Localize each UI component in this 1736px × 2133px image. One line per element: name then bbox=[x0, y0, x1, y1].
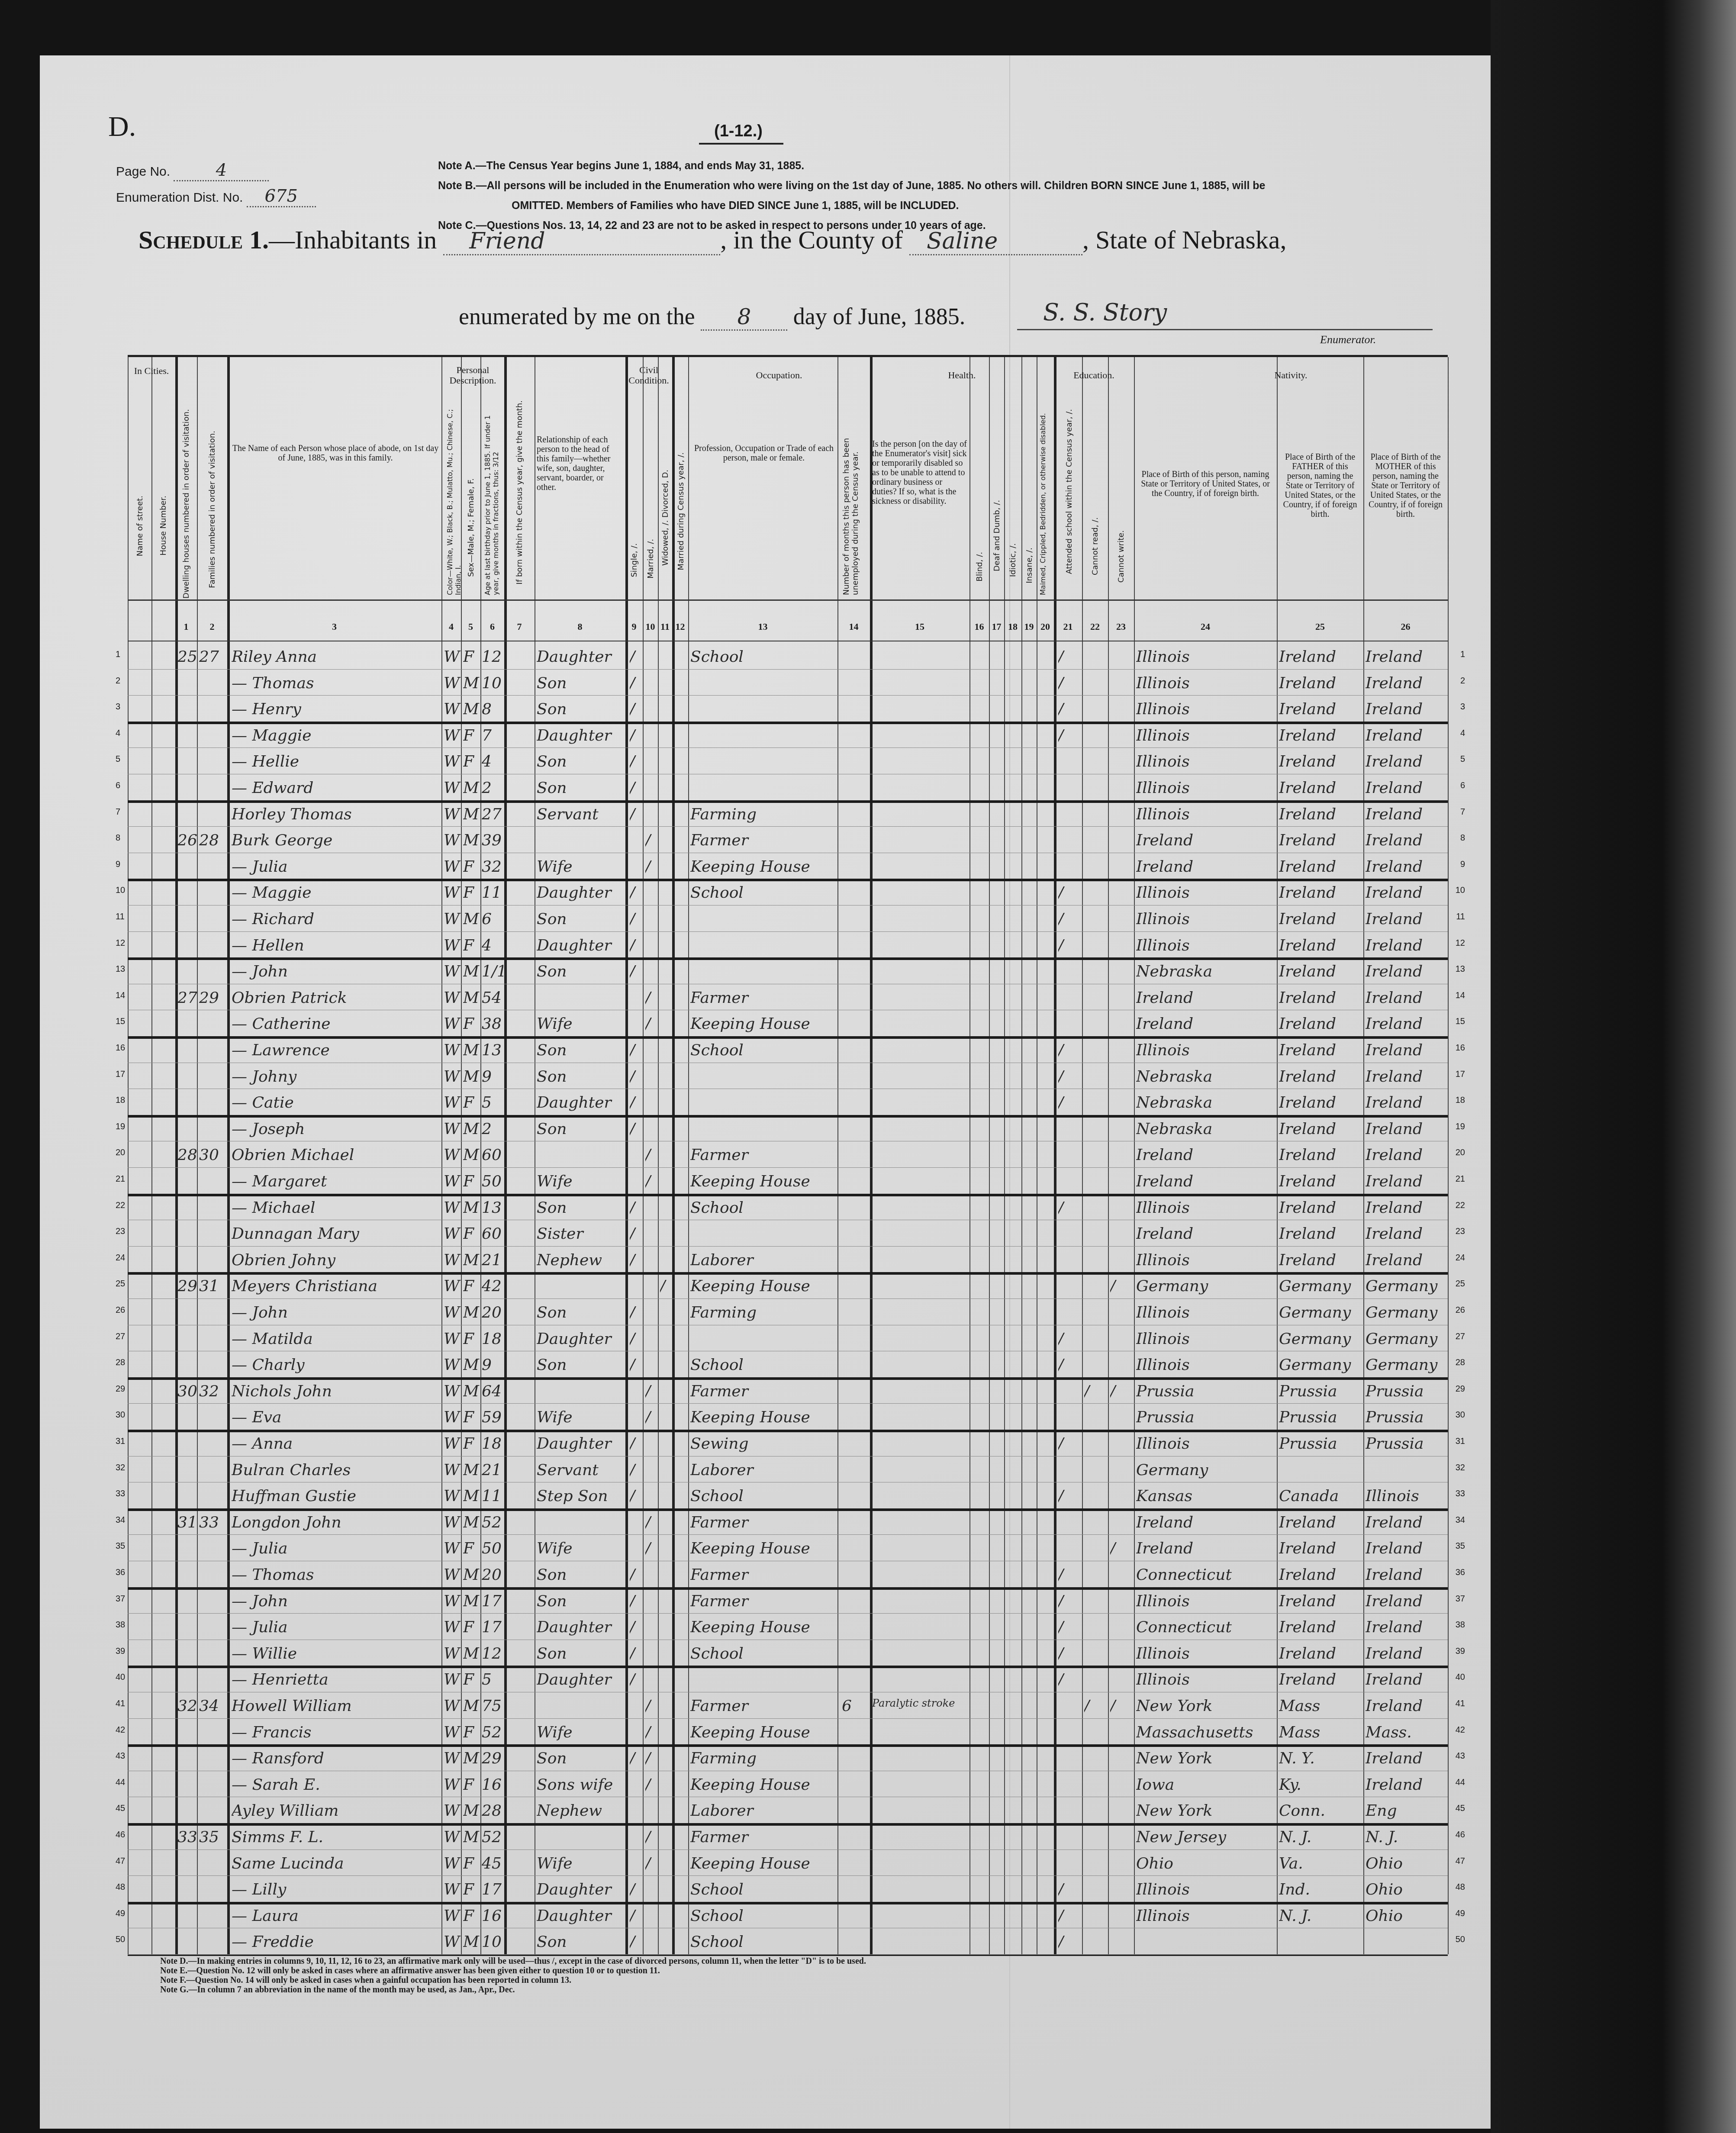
sex: F bbox=[463, 648, 480, 666]
color: W bbox=[444, 1907, 461, 1925]
married-mark: / bbox=[645, 1514, 657, 1531]
footnotes: Note D.—In making entries in columns 9, … bbox=[160, 1956, 866, 1994]
table-row: 43— RansfordWM29Son//FarmingNew YorkN. Y… bbox=[128, 1744, 1448, 1771]
table-row: 5— HellieWF4Son/IllinoisIrelandIreland5 bbox=[128, 748, 1448, 774]
sex: M bbox=[463, 1802, 480, 1820]
single-mark: / bbox=[630, 937, 643, 954]
line-number-right: 6 bbox=[1460, 781, 1465, 791]
birthplace: Germany bbox=[1136, 1461, 1275, 1479]
color: W bbox=[444, 1828, 461, 1846]
colnum: 18 bbox=[1004, 621, 1021, 632]
district-number-label: Enumeration Dist. No. bbox=[116, 190, 243, 205]
father-birthplace: Ireland bbox=[1279, 1671, 1361, 1688]
page-number-value: 4 bbox=[174, 160, 269, 181]
header-nativity: Nativity. bbox=[1134, 370, 1448, 380]
note-b-continued: OMITTED. Members of Families who have DI… bbox=[438, 196, 1265, 216]
single-mark: / bbox=[630, 1933, 643, 1951]
father-birthplace: Germany bbox=[1279, 1356, 1361, 1374]
line-number-left: 14 bbox=[116, 991, 125, 1001]
occupation: Farmer bbox=[690, 1592, 837, 1610]
line-number-right: 50 bbox=[1456, 1935, 1465, 1945]
age: 9 bbox=[482, 1356, 503, 1374]
mother-birthplace: Ireland bbox=[1366, 1618, 1446, 1636]
father-birthplace: Ireland bbox=[1279, 858, 1361, 876]
sex: F bbox=[463, 1173, 480, 1190]
header-c4: Color—White, W.; Black, B.; Mulatto, Mu.… bbox=[446, 400, 461, 595]
birthplace: Illinois bbox=[1136, 727, 1275, 744]
table-row: 39— WillieWM12Son/School/IllinoisIreland… bbox=[128, 1640, 1448, 1669]
mother-birthplace: Ireland bbox=[1366, 1514, 1446, 1531]
line-number-right: 36 bbox=[1456, 1568, 1465, 1578]
father-birthplace: Germany bbox=[1279, 1330, 1361, 1348]
sex: F bbox=[463, 1225, 480, 1243]
colnum: 3 bbox=[227, 621, 441, 632]
age: 11 bbox=[482, 1487, 503, 1505]
person-name: Horley Thomas bbox=[232, 806, 439, 823]
header-c2: Families numbered in order of visitation… bbox=[208, 431, 217, 588]
colnum: 8 bbox=[535, 621, 625, 632]
form-letter: D. bbox=[108, 110, 136, 143]
occupation: Keeping House bbox=[690, 1173, 837, 1190]
form-code-rule bbox=[699, 143, 783, 145]
single-mark: / bbox=[630, 1225, 643, 1243]
note-a: Note A.—The Census Year begins June 1, 1… bbox=[438, 156, 1265, 176]
relationship: Wife bbox=[537, 1408, 623, 1426]
header-education: Education. bbox=[1054, 370, 1134, 380]
person-name: Obrien Johny bbox=[232, 1251, 439, 1269]
person-name: — Hellie bbox=[232, 753, 439, 770]
inhabitants-label: —Inhabitants in bbox=[269, 226, 437, 254]
color: W bbox=[444, 1592, 461, 1610]
relationship: Daughter bbox=[537, 1618, 623, 1636]
sex: M bbox=[463, 1068, 480, 1086]
attended-school-mark: / bbox=[1058, 1435, 1080, 1453]
colnum: 19 bbox=[1021, 621, 1037, 632]
line-number-right: 41 bbox=[1456, 1699, 1465, 1709]
line-number-right: 23 bbox=[1456, 1227, 1465, 1237]
line-number-left: 9 bbox=[116, 860, 120, 870]
line-number-right: 39 bbox=[1456, 1646, 1465, 1656]
line-number-left: 25 bbox=[116, 1279, 125, 1289]
single-mark: / bbox=[630, 1881, 643, 1898]
colnum: 25 bbox=[1277, 621, 1363, 632]
family-number: 28 bbox=[199, 831, 225, 849]
single-mark: / bbox=[630, 779, 643, 797]
mother-birthplace: Germany bbox=[1366, 1356, 1446, 1374]
form-code: (1-12.) bbox=[714, 122, 763, 141]
age: 7 bbox=[482, 727, 503, 744]
age: 28 bbox=[482, 1802, 503, 1820]
single-mark: / bbox=[630, 648, 643, 666]
father-birthplace: Ireland bbox=[1279, 700, 1361, 718]
color: W bbox=[444, 1933, 461, 1951]
line-number-left: 41 bbox=[116, 1699, 125, 1709]
age: 27 bbox=[482, 806, 503, 823]
table-row: 3— HenryWM8Son//IllinoisIrelandIreland3 bbox=[128, 695, 1448, 724]
table-row: 12527Riley AnnaWF12Daughter/School/Illin… bbox=[128, 643, 1448, 670]
father-birthplace: Ireland bbox=[1279, 1146, 1361, 1164]
line-number-left: 46 bbox=[116, 1830, 125, 1840]
relationship: Son bbox=[537, 753, 623, 770]
family-number: 33 bbox=[199, 1514, 225, 1531]
table-row: 44— Sarah E.WF16Sons wife/Keeping HouseI… bbox=[128, 1771, 1448, 1798]
family-number: 27 bbox=[199, 648, 225, 666]
line-number-right: 37 bbox=[1456, 1594, 1465, 1604]
table-row: 12— HellenWF4Daughter//IllinoisIrelandIr… bbox=[128, 931, 1448, 960]
sex: F bbox=[463, 1540, 480, 1557]
person-name: — Catie bbox=[232, 1094, 439, 1112]
father-birthplace: Ireland bbox=[1279, 1645, 1361, 1663]
single-mark: / bbox=[630, 727, 643, 744]
sex: M bbox=[463, 1566, 480, 1584]
single-mark: / bbox=[630, 1199, 643, 1217]
line-number-right: 22 bbox=[1456, 1201, 1465, 1211]
mother-birthplace: Ireland bbox=[1366, 1671, 1446, 1688]
header-c9: Single, /. bbox=[630, 543, 639, 577]
dwelling-number: 33 bbox=[177, 1828, 197, 1846]
sex: F bbox=[463, 1277, 480, 1295]
mother-birthplace: Ireland bbox=[1366, 989, 1446, 1007]
line-number-right: 5 bbox=[1460, 754, 1465, 764]
age: 20 bbox=[482, 1304, 503, 1321]
birthplace: Germany bbox=[1136, 1277, 1275, 1295]
occupation: Laborer bbox=[690, 1461, 837, 1479]
relationship: Son bbox=[537, 1304, 623, 1321]
color: W bbox=[444, 727, 461, 744]
person-name: Huffman Gustie bbox=[232, 1487, 439, 1505]
sex: M bbox=[463, 700, 480, 718]
line-number-left: 23 bbox=[116, 1227, 125, 1237]
header-c3: The Name of each Person whose place of a… bbox=[232, 444, 439, 463]
mother-birthplace: Ireland bbox=[1366, 1225, 1446, 1243]
relationship: Daughter bbox=[537, 727, 623, 744]
person-name: — Maggie bbox=[232, 884, 439, 902]
person-name: — Francis bbox=[232, 1724, 439, 1741]
table-row: 16— LawrenceWM13Son/School/IllinoisIrela… bbox=[128, 1036, 1448, 1063]
sex: F bbox=[463, 1671, 480, 1688]
mother-birthplace: Mass. bbox=[1366, 1724, 1446, 1741]
line-number-right: 25 bbox=[1456, 1279, 1465, 1289]
occupation: School bbox=[690, 1487, 837, 1505]
person-name: — Laura bbox=[232, 1907, 439, 1925]
person-name: — Henry bbox=[232, 700, 439, 718]
person-name: — Anna bbox=[232, 1435, 439, 1453]
sex: M bbox=[463, 1487, 480, 1505]
birthplace: Illinois bbox=[1136, 1435, 1275, 1453]
age: 9 bbox=[482, 1068, 503, 1086]
relationship: Son bbox=[537, 1120, 623, 1138]
age: 18 bbox=[482, 1435, 503, 1453]
age: 12 bbox=[482, 1645, 503, 1663]
sex: F bbox=[463, 937, 480, 954]
relationship: Daughter bbox=[537, 884, 623, 902]
married-mark: / bbox=[645, 1540, 657, 1557]
birthplace: Illinois bbox=[1136, 1907, 1275, 1925]
relationship: Daughter bbox=[537, 1671, 623, 1688]
relationship: Son bbox=[537, 963, 623, 980]
family-number: 35 bbox=[199, 1828, 225, 1846]
sex: F bbox=[463, 1015, 480, 1033]
occupation: Farmer bbox=[690, 1382, 837, 1400]
attended-school-mark: / bbox=[1058, 1068, 1080, 1086]
table-row: 40— HenriettaWF5Daughter//IllinoisIrelan… bbox=[128, 1666, 1448, 1692]
line-number-right: 9 bbox=[1460, 860, 1465, 870]
birthplace: Nebraska bbox=[1136, 1068, 1275, 1086]
table-row: 35— JuliaWF50Wife/Keeping House/IrelandI… bbox=[128, 1534, 1448, 1561]
color: W bbox=[444, 1330, 461, 1348]
person-name: — Johny bbox=[232, 1068, 439, 1086]
color: W bbox=[444, 1225, 461, 1243]
census-table: In Cities. Personal Description. Civil C… bbox=[128, 355, 1448, 1956]
color: W bbox=[444, 1435, 461, 1453]
line-number-left: 50 bbox=[116, 1935, 125, 1945]
colnum: 26 bbox=[1363, 621, 1448, 632]
note-b: Note B.—All persons will be included in … bbox=[438, 176, 1265, 196]
single-mark: / bbox=[630, 1487, 643, 1505]
table-row: 47Same LucindaWF45Wife/Keeping HouseOhio… bbox=[128, 1849, 1448, 1876]
line-number-right: 34 bbox=[1456, 1515, 1465, 1525]
person-name: — Michael bbox=[232, 1199, 439, 1217]
occupation: Keeping House bbox=[690, 858, 837, 876]
line-number-left: 27 bbox=[116, 1332, 125, 1342]
relationship: Wife bbox=[537, 1540, 623, 1557]
age: 17 bbox=[482, 1881, 503, 1898]
table-row: 27— MatildaWF18Daughter//IllinoisGermany… bbox=[128, 1325, 1448, 1352]
colnum: 15 bbox=[870, 621, 969, 632]
attended-school-mark: / bbox=[1058, 1356, 1080, 1374]
header-c6: Age at last birthday prior to June 1, 18… bbox=[483, 396, 502, 595]
relationship: Nephew bbox=[537, 1802, 623, 1820]
occupation: Farming bbox=[690, 806, 837, 823]
father-birthplace: Ireland bbox=[1279, 1094, 1361, 1112]
line-number-left: 47 bbox=[116, 1856, 125, 1866]
married-mark: / bbox=[645, 1828, 657, 1846]
line-number-left: 4 bbox=[116, 728, 120, 738]
color: W bbox=[444, 674, 461, 692]
line-number-left: 48 bbox=[116, 1882, 125, 1892]
table-row: 2— ThomasWM10Son//IllinoisIrelandIreland… bbox=[128, 669, 1448, 696]
mother-birthplace: Germany bbox=[1366, 1277, 1446, 1295]
father-birthplace: N. J. bbox=[1279, 1907, 1361, 1925]
age: 16 bbox=[482, 1776, 503, 1794]
married-mark: / bbox=[645, 1173, 657, 1190]
sex: M bbox=[463, 1382, 480, 1400]
county-value: Saline bbox=[909, 228, 1082, 255]
occupation: School bbox=[690, 884, 837, 902]
age: 5 bbox=[482, 1094, 503, 1112]
married-mark: / bbox=[645, 1855, 657, 1872]
colnum: 10 bbox=[643, 621, 658, 632]
mother-birthplace: Ireland bbox=[1366, 1015, 1446, 1033]
single-mark: / bbox=[630, 910, 643, 928]
scan-border bbox=[1491, 0, 1736, 2133]
color: W bbox=[444, 1566, 461, 1584]
mother-birthplace: Illinois bbox=[1366, 1487, 1446, 1505]
mother-birthplace: Germany bbox=[1366, 1330, 1446, 1348]
colnum: 16 bbox=[969, 621, 989, 632]
line-number-right: 42 bbox=[1456, 1725, 1465, 1735]
line-number-right: 13 bbox=[1456, 964, 1465, 974]
age: 10 bbox=[482, 1933, 503, 1951]
cannot-write-mark: / bbox=[1110, 1540, 1132, 1557]
table-row: 28— CharlyWM9Son/School/IllinoisGermanyG… bbox=[128, 1351, 1448, 1380]
age: 64 bbox=[482, 1382, 503, 1400]
father-birthplace: Ireland bbox=[1279, 806, 1361, 823]
table-row: 252931Meyers ChristianaWF42/Keeping Hous… bbox=[128, 1272, 1448, 1299]
line-number-left: 43 bbox=[116, 1751, 125, 1761]
colnum: 23 bbox=[1108, 621, 1134, 632]
relationship: Wife bbox=[537, 1015, 623, 1033]
color: W bbox=[444, 1304, 461, 1321]
sex: F bbox=[463, 1618, 480, 1636]
header-personal: Personal Description. bbox=[441, 365, 504, 386]
color: W bbox=[444, 753, 461, 770]
occupation: Farmer bbox=[690, 1514, 837, 1531]
table-row: 23Dunnagan MaryWF60Sister/IrelandIreland… bbox=[128, 1220, 1448, 1247]
occupation: Farming bbox=[690, 1304, 837, 1321]
sex: F bbox=[463, 1907, 480, 1925]
father-birthplace: Ireland bbox=[1279, 1514, 1361, 1531]
header-c18: Idiotic, /. bbox=[1008, 543, 1018, 577]
person-name: — Julia bbox=[232, 858, 439, 876]
table-row: 32Bulran CharlesWM21Servant/LaborerGerma… bbox=[128, 1456, 1448, 1483]
header-street: Name of street. bbox=[135, 496, 145, 556]
single-mark: / bbox=[630, 806, 643, 823]
table-row: 202830Obrien MichaelWM60/FarmerIrelandIr… bbox=[128, 1141, 1448, 1168]
single-mark: / bbox=[630, 963, 643, 980]
line-number-right: 44 bbox=[1456, 1778, 1465, 1788]
header-c23: Cannot write. bbox=[1117, 530, 1126, 583]
father-birthplace: Ireland bbox=[1279, 1120, 1361, 1138]
line-number-left: 13 bbox=[116, 964, 125, 974]
person-name: — Lilly bbox=[232, 1881, 439, 1898]
line-number-right: 38 bbox=[1456, 1620, 1465, 1630]
sex: F bbox=[463, 1435, 480, 1453]
line-number-left: 7 bbox=[116, 807, 120, 817]
relationship: Son bbox=[537, 1041, 623, 1059]
occupation: Farmer bbox=[690, 1566, 837, 1584]
sex: M bbox=[463, 1041, 480, 1059]
birthplace: Ireland bbox=[1136, 1146, 1275, 1164]
header-c8: Relationship of each person to the head … bbox=[537, 435, 623, 492]
sex: F bbox=[463, 1855, 480, 1872]
sex: M bbox=[463, 1828, 480, 1846]
person-name: — Freddie bbox=[232, 1933, 439, 1951]
mother-birthplace: Ireland bbox=[1366, 779, 1446, 797]
birthplace: Illinois bbox=[1136, 700, 1275, 718]
line-number-right: 21 bbox=[1456, 1174, 1465, 1184]
age: 45 bbox=[482, 1855, 503, 1872]
state-label: , State of Nebraska, bbox=[1082, 226, 1287, 254]
line-number-right: 40 bbox=[1456, 1672, 1465, 1682]
sex: M bbox=[463, 910, 480, 928]
enumeration-date-line: enumerated by me on the 8 day of June, 1… bbox=[459, 303, 965, 331]
cannot-write-mark: / bbox=[1110, 1697, 1132, 1715]
line-number-right: 1 bbox=[1460, 650, 1465, 660]
line-number-left: 36 bbox=[116, 1568, 125, 1578]
table-row: 13— JohnWM1/12Son/NebraskaIrelandIreland… bbox=[128, 957, 1448, 984]
attended-school-mark: / bbox=[1058, 1645, 1080, 1663]
enumerator-signature: S. S. Story bbox=[1017, 299, 1433, 330]
occupation: Farmer bbox=[690, 989, 837, 1007]
relationship: Wife bbox=[537, 1855, 623, 1872]
father-birthplace: Ireland bbox=[1279, 1540, 1361, 1557]
header-c10: Married, /. bbox=[646, 539, 655, 579]
sex: M bbox=[463, 963, 480, 980]
occupation: Farmer bbox=[690, 1146, 837, 1164]
relationship: Daughter bbox=[537, 1435, 623, 1453]
county-label: , in the County of bbox=[720, 226, 903, 254]
family-number: 34 bbox=[199, 1697, 225, 1715]
father-birthplace: Prussia bbox=[1279, 1408, 1361, 1426]
father-birthplace: Canada bbox=[1279, 1487, 1361, 1505]
colnum: 22 bbox=[1082, 621, 1108, 632]
line-number-right: 17 bbox=[1456, 1070, 1465, 1079]
age: 10 bbox=[482, 674, 503, 692]
district-number-value: 675 bbox=[247, 186, 316, 207]
color: W bbox=[444, 1645, 461, 1663]
person-name: — Charly bbox=[232, 1356, 439, 1374]
line-number-left: 37 bbox=[116, 1594, 125, 1604]
occupation: Keeping House bbox=[690, 1408, 837, 1426]
sex: M bbox=[463, 1199, 480, 1217]
colnum: 12 bbox=[672, 621, 688, 632]
birthplace: Ireland bbox=[1136, 1540, 1275, 1557]
person-name: Riley Anna bbox=[232, 648, 439, 666]
relationship: Daughter bbox=[537, 648, 623, 666]
enumerator-caption: Enumerator. bbox=[1320, 333, 1376, 346]
months-unemployed: 6 bbox=[842, 1697, 868, 1715]
line-number-left: 16 bbox=[116, 1043, 125, 1053]
occupation: Sewing bbox=[690, 1435, 837, 1453]
color: W bbox=[444, 1068, 461, 1086]
married-mark: / bbox=[645, 1015, 657, 1033]
colnum: 9 bbox=[625, 621, 643, 632]
sex: M bbox=[463, 1461, 480, 1479]
mother-birthplace: Ireland bbox=[1366, 910, 1446, 928]
relationship: Wife bbox=[537, 1173, 623, 1190]
header-c5: Sex—Male, M.; Female, F. bbox=[467, 478, 476, 577]
single-mark: / bbox=[630, 1566, 643, 1584]
header-occupation: Occupation. bbox=[688, 370, 870, 380]
married-mark: / bbox=[645, 1776, 657, 1794]
birthplace: Ireland bbox=[1136, 858, 1275, 876]
mother-birthplace: Ireland bbox=[1366, 727, 1446, 744]
father-birthplace: Prussia bbox=[1279, 1382, 1361, 1400]
mother-birthplace: Ireland bbox=[1366, 1251, 1446, 1269]
line-number-right: 12 bbox=[1456, 938, 1465, 948]
color: W bbox=[444, 1146, 461, 1164]
colnum: 6 bbox=[480, 621, 504, 632]
dwelling-number: 25 bbox=[177, 648, 197, 666]
mother-birthplace: Ireland bbox=[1366, 674, 1446, 692]
line-number-right: 49 bbox=[1456, 1909, 1465, 1919]
color: W bbox=[444, 831, 461, 849]
line-number-left: 6 bbox=[116, 781, 120, 791]
birthplace: Nebraska bbox=[1136, 963, 1275, 980]
relationship: Son bbox=[537, 779, 623, 797]
dwelling-number: 26 bbox=[177, 831, 197, 849]
relationship: Servant bbox=[537, 1461, 623, 1479]
person-name: — Maggie bbox=[232, 727, 439, 744]
father-birthplace: Ireland bbox=[1279, 937, 1361, 954]
line-number-left: 3 bbox=[116, 702, 120, 712]
father-birthplace: Ireland bbox=[1279, 1015, 1361, 1033]
line-number-left: 5 bbox=[116, 754, 120, 764]
single-mark: / bbox=[630, 1461, 643, 1479]
line-number-right: 18 bbox=[1456, 1095, 1465, 1105]
color: W bbox=[444, 1277, 461, 1295]
